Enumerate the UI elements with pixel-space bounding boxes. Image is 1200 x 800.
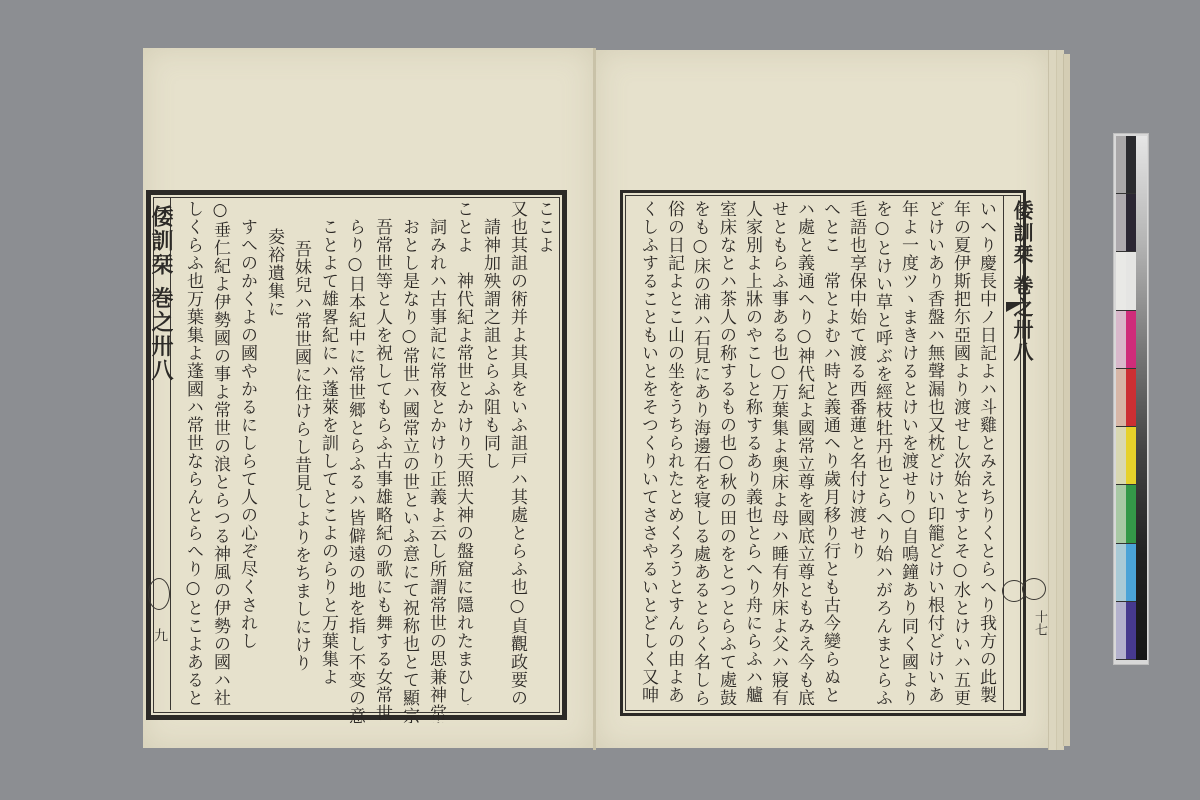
book-gutter: [593, 48, 596, 750]
text-column: 室床なとハ茶人の称するもの也○秋の田のをとつとらふて處鼓とかけり下学集よ: [714, 200, 740, 705]
color-patch: [1116, 602, 1126, 660]
text-column: おとし是なり○常世ハ國常立の世といふ意にて祝称也とて顯宗紀室壽の辭にも: [396, 200, 423, 723]
text-column: 年の夏伊斯把尓亞國より渡せし次始とすとそ○水とけいハ五更漏也又漢: [948, 200, 974, 705]
text-column: くしふすることもいとをそつくりいてささやるいとどしく又呻: [636, 200, 662, 705]
text-column: 毛語也享保中始て渡る西番蓮と名付け渡せり: [844, 200, 870, 705]
color-patch: [1126, 369, 1136, 427]
color-patch: [1126, 602, 1136, 660]
right-page-number: 十七: [1030, 610, 1049, 636]
left-page-number: 九: [150, 628, 170, 642]
color-patch: [1116, 427, 1126, 485]
left-margin-title: 倭訓栞 巻之卅八: [146, 205, 177, 565]
fishtail-cloud-mark: [148, 578, 170, 610]
color-patch: [1126, 136, 1136, 194]
text-column: 年よ一度ツヽまきけるとけいを渡せり○自鳴鐘あり同く國よりまわるとふ: [896, 200, 922, 705]
text-column: 詞みれハ古事記に常夜とかけり正義よ云し所謂常世の思兼神常世の長鳴鳥: [423, 200, 450, 723]
text-column: らり○日本紀中に常世郷とらふるハ皆僻遠の地を指し不变の意を祝して云: [342, 200, 369, 723]
text-column: ことよて雄畧紀にハ蓬萊を訓してとこよのらりと万葉集よ: [315, 200, 342, 723]
color-patch: [1116, 544, 1126, 602]
color-patch: [1126, 544, 1136, 602]
color-patch: [1126, 485, 1136, 543]
text-column: 吾妹兒ハ常世國に住けらし昔見しよりをちましにけり: [288, 200, 315, 745]
text-column: 俗の日記よとこ山の坐をうちられたとめくろうとすんの由よあり是る雪の: [662, 200, 688, 705]
text-column: ハ處と義通へり○神代紀よ國常立尊を國底立尊ともみえ今も底をとこ: [792, 200, 818, 705]
fishtail-cloud-mark: [1002, 580, 1026, 602]
text-column: すへのかくよの國やかるにしらて人の心ぞ尽くされし: [234, 200, 261, 723]
right-page-body: いヘり慶長中ノ日記よハ斗雞とみえちりくとらへり我方の此製あるを慶長十三 年の夏伊…: [628, 200, 1000, 705]
text-column: 人家別よ上牀のやこしと称するあり義也とらへり舟にらふハ艫をよめり洞床: [740, 200, 766, 705]
color-patch: [1126, 194, 1136, 252]
text-column: せともらふ事ある也○万葉集よ奥床よ母ハ睡有外床よ父ハ寢有とよめる○: [766, 200, 792, 705]
color-patch: [1116, 311, 1126, 369]
text-column: 請神加殃謂之詛とらふ阻も同し: [477, 200, 504, 723]
grayscale-strip: [1136, 136, 1147, 660]
right-margin-title: 倭訓栞 巻之卅八: [1008, 200, 1037, 400]
color-patch: [1116, 252, 1126, 310]
text-column: を○とけい草と呼ぶを經枝牡丹也とらへり始ハがろんまとらふしるぞ紅: [870, 200, 896, 705]
text-column: へとこ 常とよむハ時と義通ヘり歲月移り行とも古今變らぬとらふ也○床: [818, 200, 844, 705]
color-patch: [1116, 194, 1126, 252]
color-patch: [1116, 485, 1126, 543]
color-patch: [1126, 311, 1136, 369]
text-column: どけいあり香盤ハ無聲漏也又枕どけい印籠どけい根付どけいあり又三: [922, 200, 948, 705]
text-column: いヘり慶長中ノ日記よハ斗雞とみえちりくとらへり我方の此製あるを慶長十三: [974, 200, 1000, 705]
text-column: ○垂仁紀よ伊勢國の事よ常世の浪とらつる神風の伊勢の國ハ社: [207, 200, 234, 705]
color-patch: [1116, 369, 1126, 427]
color-patch: [1116, 136, 1126, 194]
text-column: 又也其詛の術并よ其具をいふ詛戸ハ其處とらふ也○貞觀政要の註よ: [504, 200, 531, 705]
text-column: をも○床の浦ハ石見にあり海邊石を寝しる處あるとらく名しらへり○思の: [688, 200, 714, 705]
color-patch: [1126, 427, 1136, 485]
text-column: 吾常世等と人を祝してもらふ古事雄略紀の歌にも舞する女常世にもがもとあり: [369, 200, 396, 723]
color-calibration-chart: [1113, 133, 1149, 665]
text-column: 夌裕遺集に: [261, 200, 288, 733]
color-patch: [1126, 252, 1136, 310]
text-column: ここよ: [531, 200, 558, 705]
left-page-body: ここよ 又也其詛の術并よ其具をいふ詛戸ハ其處とらふ也○貞觀政要の註よ 請神加殃謂…: [178, 200, 558, 705]
fishtail-mark: [1006, 302, 1024, 312]
text-column: ことよ 神代紀よ常世とかけり天照大神の盤窟に隱れたまひし時よりおこる: [450, 200, 477, 705]
fore-edge: [1063, 54, 1070, 746]
margin-rule: [1003, 195, 1004, 710]
text-column: しくらふ也万葉集よ蓬國ハ常世ならんとらへり○とこよあるとすらんゆゑるハ: [180, 200, 207, 705]
